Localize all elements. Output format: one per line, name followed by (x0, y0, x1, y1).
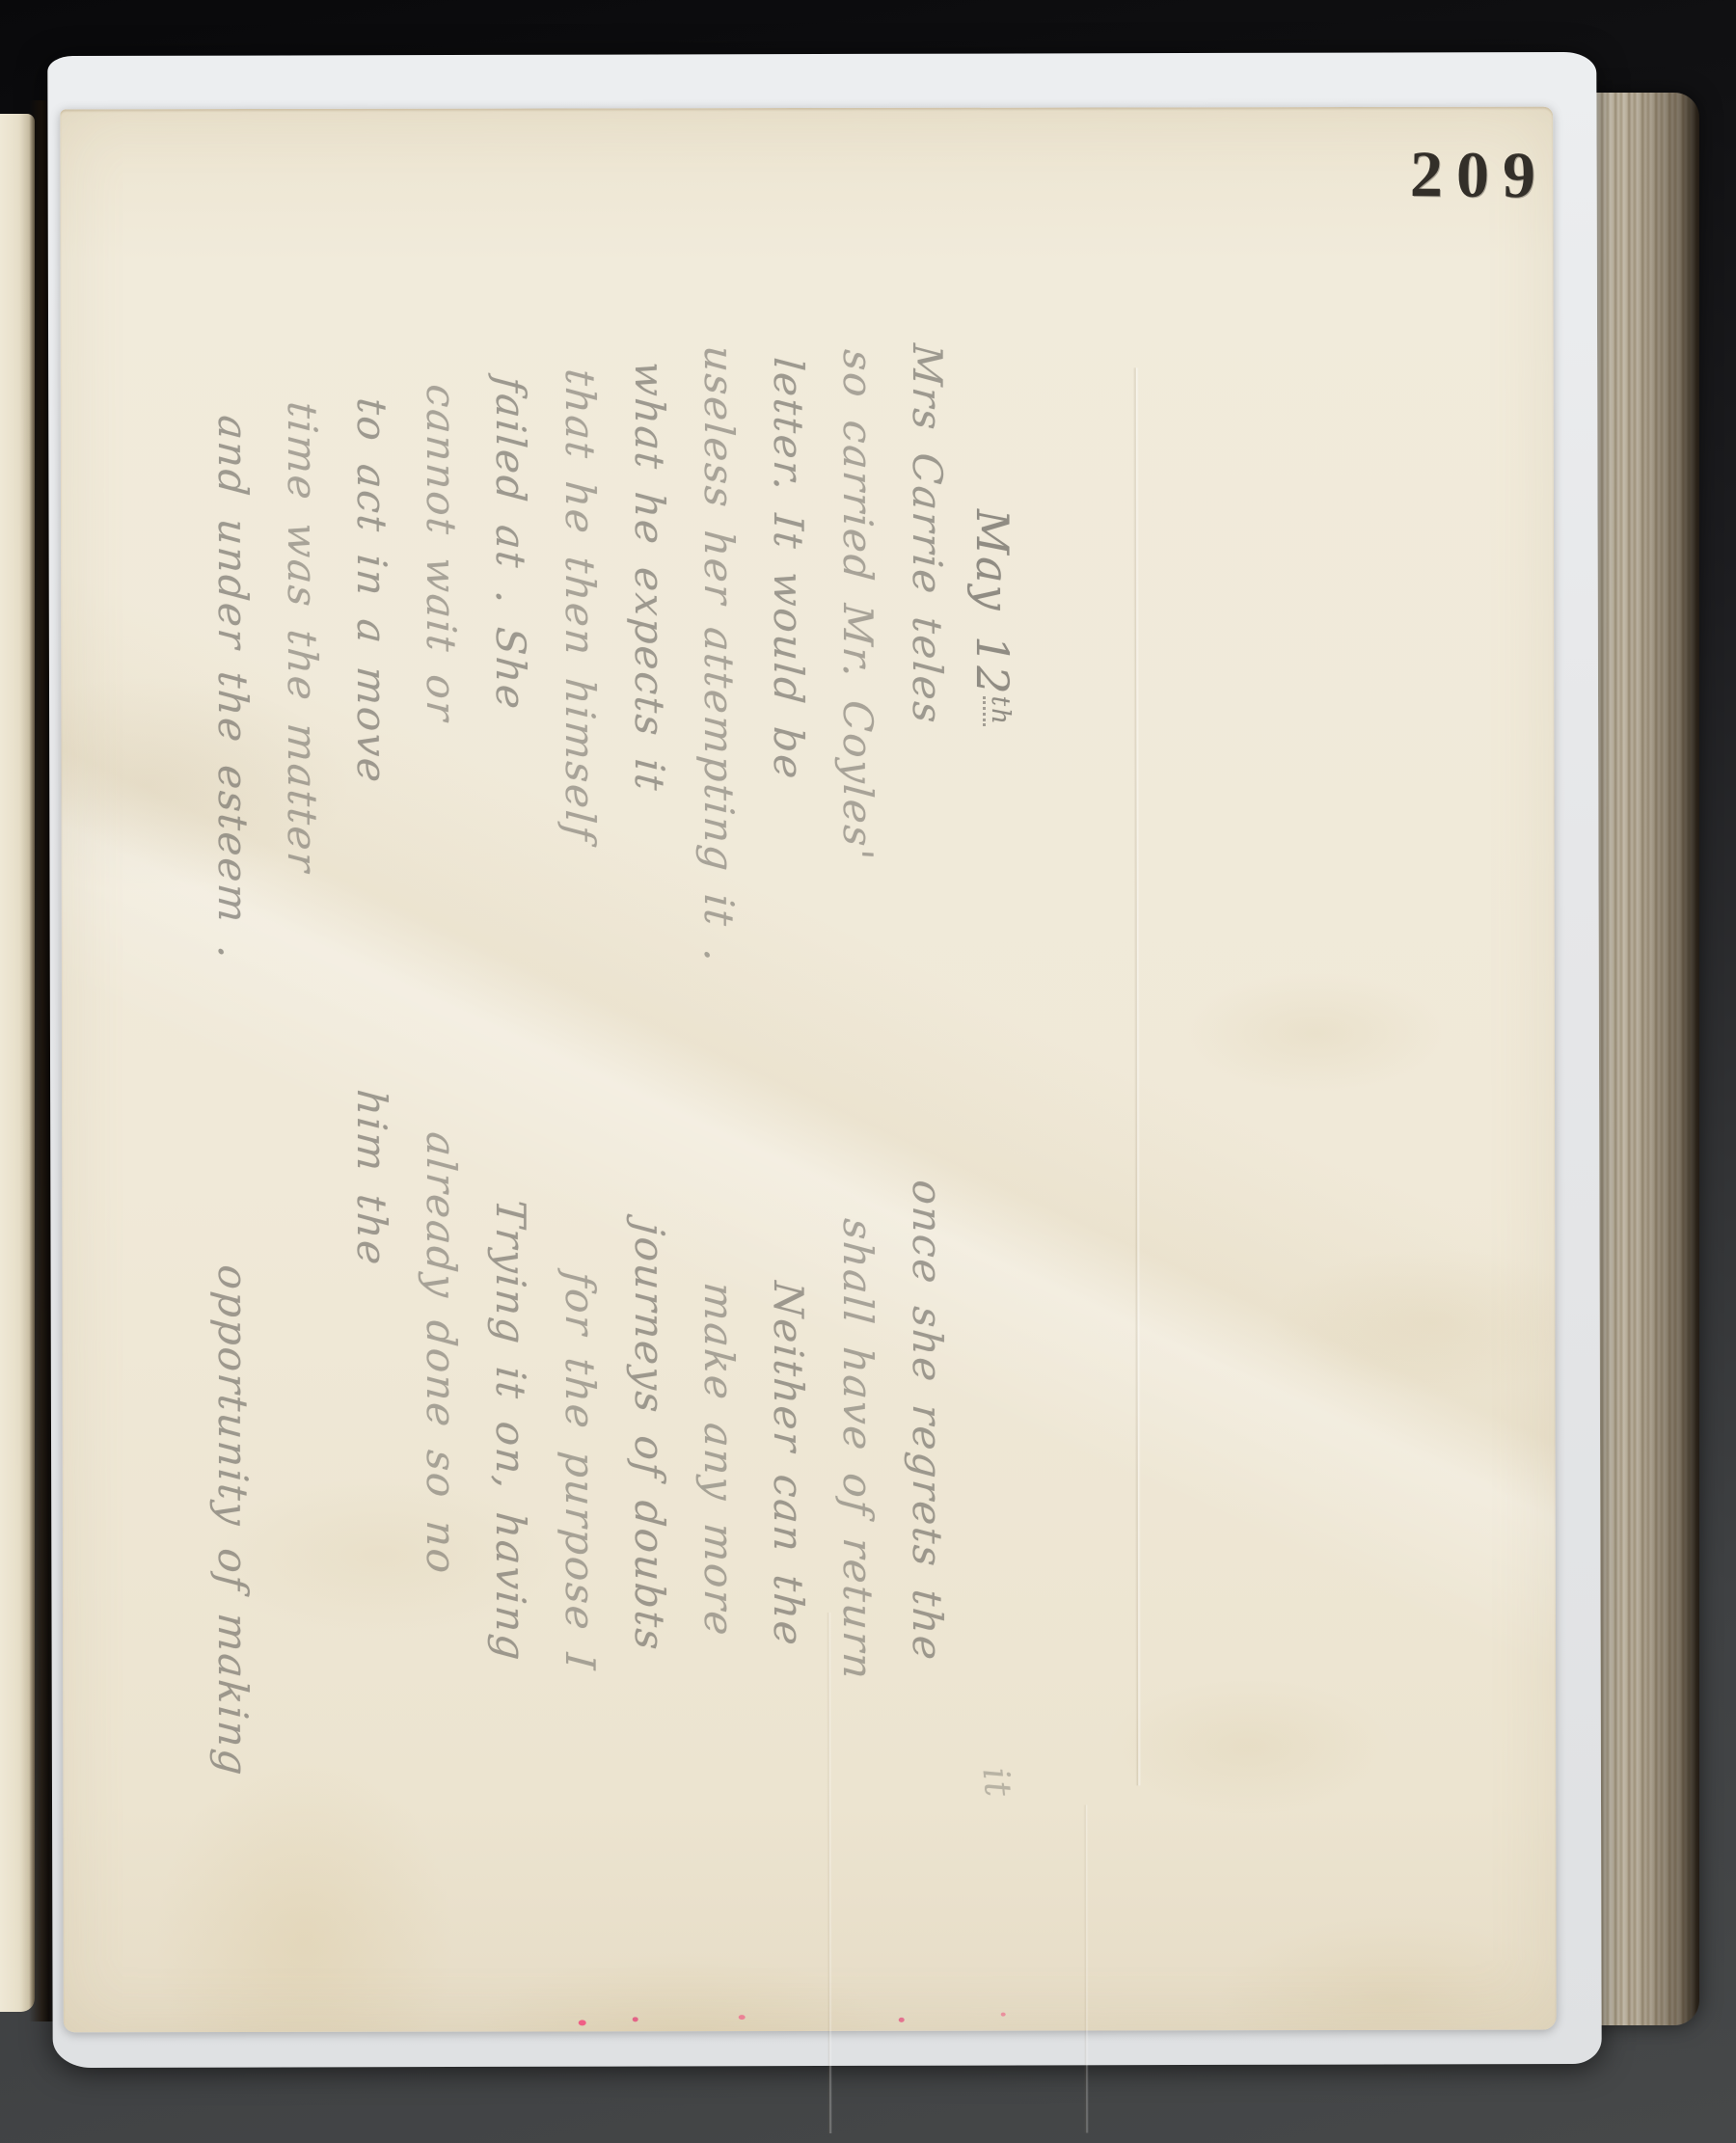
paper-crease (1083, 1804, 1089, 2132)
date-superscript: th (983, 696, 1015, 726)
handwriting-line: so carried Mr. Coyles'shall have of retu… (812, 339, 882, 1805)
pink-edge-mark (633, 2017, 638, 2021)
handwriting-line: useless her attempting it .make any more (673, 339, 743, 1805)
handwriting-block: May 12th it Mrs Carrie telesonce she reg… (170, 339, 1018, 1805)
handwriting-line: that he then himselffor the purpose I (534, 339, 604, 1805)
handwriting-line: to act in a movehim the (326, 339, 395, 1805)
handwriting-line: failed at . SheTrying it on, having (465, 339, 534, 1805)
pink-edge-mark (579, 2020, 586, 2025)
page-number-stamp: 209 (1410, 136, 1604, 214)
date-line: May 12th it (951, 339, 1018, 1805)
pink-edge-mark (1001, 2013, 1006, 2017)
handwriting-line: and under the esteem .opportunity of mak… (187, 339, 257, 1805)
pink-edge-mark (899, 2018, 905, 2022)
stray-pencil-mark: it (974, 1765, 1019, 1800)
handwriting-line: letter. It would beNeither can the (743, 339, 812, 1805)
handwriting-line: Mrs Carrie telesonce she regrets the (882, 339, 951, 1805)
date-text: May 12th (966, 509, 1018, 726)
pink-edge-mark (739, 2015, 746, 2020)
handwriting-line: what he expects itjourneys of doubts (604, 339, 673, 1805)
book-fore-edge-pages (1584, 93, 1699, 2025)
paper-crease (1133, 367, 1142, 1785)
handwriting-line: time was the matter (257, 339, 326, 1805)
handwriting-line: cannot wait oralready done so no (395, 339, 465, 1805)
handwriting-lines: Mrs Carrie telesonce she regrets the so … (187, 339, 951, 1805)
photographed-book-scene: 209 May 12th it Mrs Carrie telesonce she… (0, 0, 1736, 2143)
